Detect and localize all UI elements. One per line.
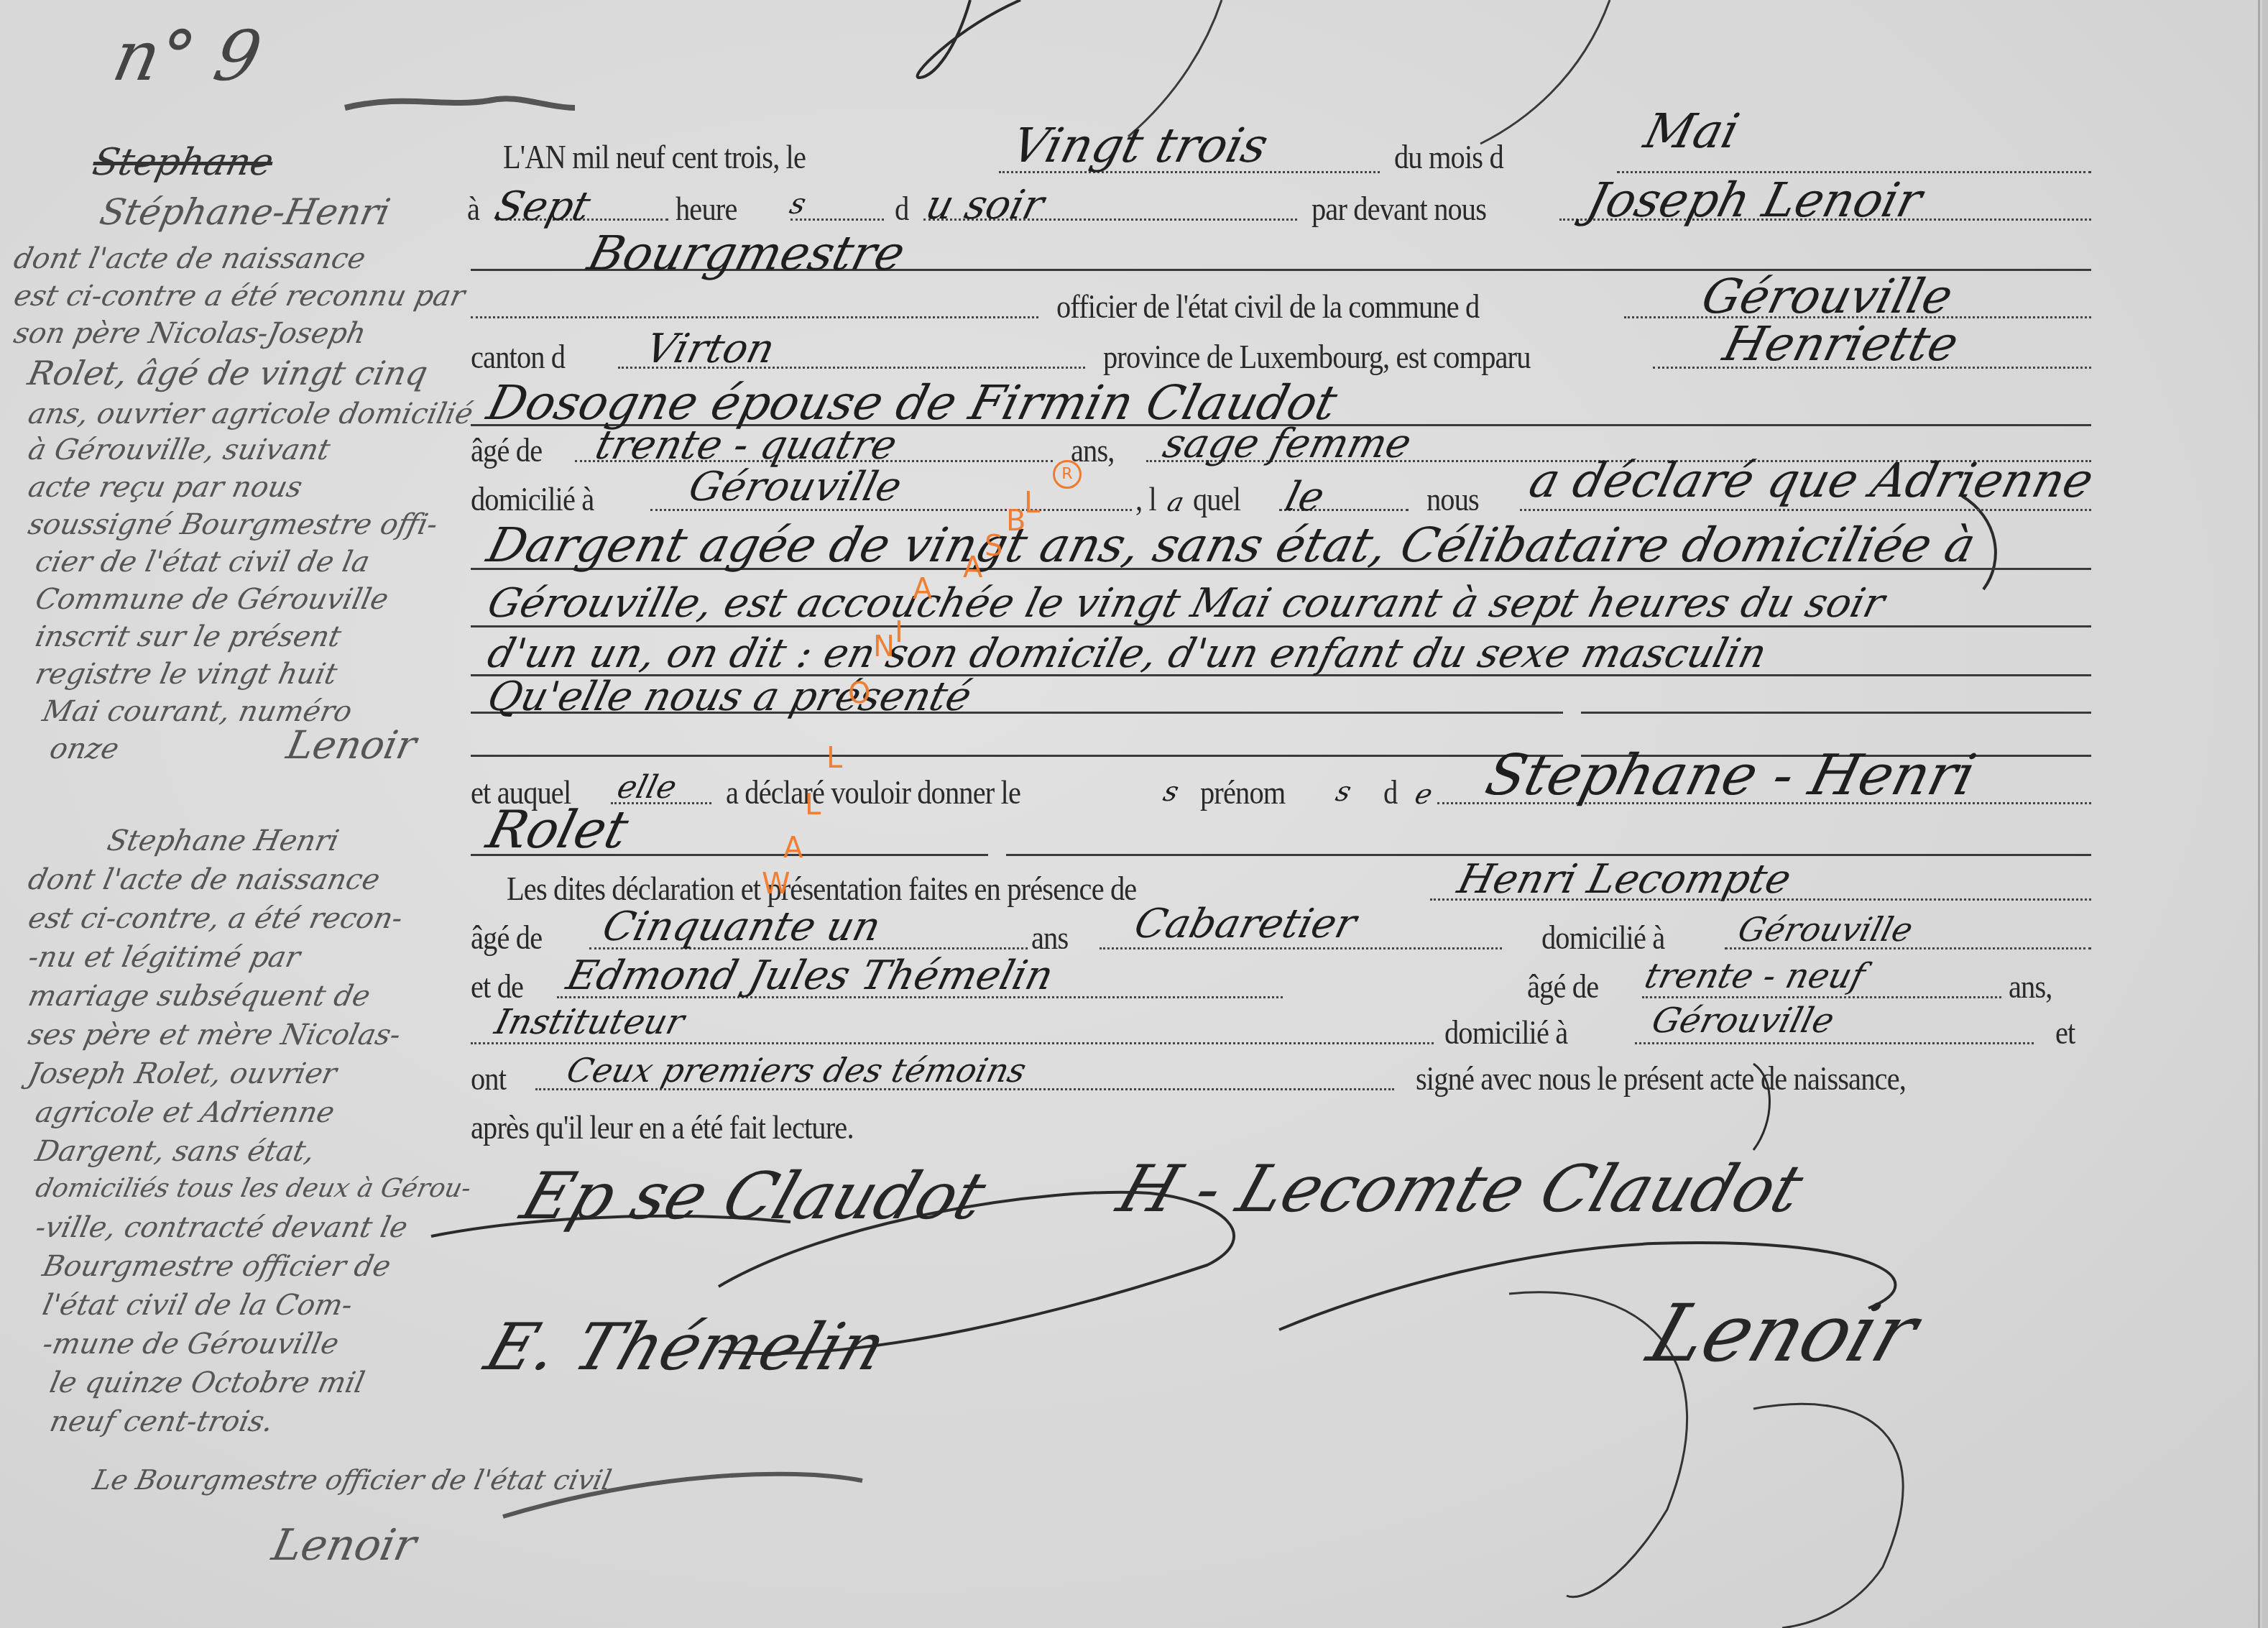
witnesses-lead: Les dites déclaration et présentation fa…	[507, 873, 1136, 906]
signed-lead: ont	[471, 1062, 506, 1095]
statement-start: a déclaré que Adrienne	[1525, 457, 2098, 505]
commune-value: Gérouville	[1697, 273, 1958, 321]
witness2-age-label: âgé de	[1527, 970, 1598, 1003]
declarant-first-name: Henriette	[1719, 321, 1963, 368]
et-label: et	[2055, 1016, 2075, 1049]
declarant-age-label: âgé de	[471, 434, 542, 467]
signature-officer: Lenoir	[1640, 1294, 1927, 1373]
before-label: par devant nous	[1312, 193, 1486, 226]
declarant-occupation: sage femme	[1159, 424, 1415, 464]
witness2-occupation-line	[471, 1042, 1434, 1044]
lequel-fill: a	[1165, 490, 1186, 516]
day-value: Vingt trois	[1008, 122, 1273, 170]
plural-s-2: s	[1333, 778, 1354, 805]
signature-witness1: H - Lecomte Claudot	[1110, 1157, 1810, 1222]
declarant-ans-label: ans,	[1071, 434, 1115, 467]
month-label: du mois d	[1394, 141, 1503, 174]
hour-lead: à	[467, 193, 479, 226]
quel-fill: le	[1281, 477, 1328, 518]
witness2-age-line	[1642, 996, 2001, 998]
margin-note1-signature: Lenoir	[283, 726, 420, 765]
officer-name: Joseph Lenoir	[1582, 177, 1927, 224]
witness2-name: Edmond Jules Thémelin	[563, 956, 1057, 996]
witness1-occupation-line	[1100, 947, 1502, 949]
signed-with-us-label: signé avec nous le présent acte de naiss…	[1416, 1062, 1906, 1095]
hour-value: Sept	[491, 187, 594, 227]
witness2-ans-label: ans,	[2009, 970, 2052, 1003]
birth-certificate-page: n° 9 L'AN mil neuf cent trois, le Vingt …	[0, 0, 2268, 1628]
signers-fill: Ceux premiers des témoins	[563, 1054, 1029, 1087]
margin-note2-signature: Lenoir	[269, 1524, 420, 1567]
witness2-age: trente - neuf	[1641, 959, 1868, 993]
declarant-age: trente - quatre	[591, 426, 900, 466]
d-label: d	[1383, 776, 1397, 809]
registered-mark: R	[1053, 460, 1082, 489]
witness2-occupation: Instituteur	[492, 1005, 688, 1039]
hour-suffix: s	[787, 190, 809, 219]
narrative-line-4b	[1581, 712, 2091, 714]
child-surname: Rolet	[482, 804, 633, 855]
narrative-line-5a	[471, 755, 1563, 757]
declare-label: a déclaré vouloir donner le	[726, 776, 1020, 809]
d-fill: e	[1412, 781, 1435, 808]
declarant-domicile: Gérouville	[685, 467, 905, 507]
plural-s-1: s	[1161, 778, 1181, 805]
facing-page-strip	[2262, 0, 2268, 1628]
prenom-label: prénom	[1200, 776, 1285, 809]
canton-value: Virton	[642, 329, 778, 369]
act-number: n° 9	[108, 22, 267, 91]
page-edge	[2258, 0, 2260, 1628]
margin-struck-name: Stephane	[89, 144, 276, 181]
witness2-lead: et de	[471, 970, 523, 1003]
signature-witness2: E. Thémelin	[478, 1315, 893, 1380]
month-value: Mai	[1640, 108, 1744, 155]
narrative-text-3: d'un un, on dit : en son domicile, d'un …	[484, 634, 1771, 674]
signature-declarant: Ep se Claudot	[514, 1164, 992, 1229]
witness1-age-label: âgé de	[471, 921, 542, 955]
form-lead-year: L'AN mil neuf cent trois, le	[503, 141, 806, 174]
given-names: Stephane - Henri	[1480, 748, 1981, 804]
witness1-ans-label: ans	[1031, 921, 1068, 955]
narrative-text-1: Dargent agée de vingt ans, sans état, Cé…	[483, 522, 1980, 569]
witness1-domicile: Gérouville	[1735, 913, 1916, 946]
officer-of-commune-label: officier de l'état civil de la commune d	[1056, 290, 1479, 323]
quel-label: quel	[1193, 483, 1240, 516]
hour-label: heure	[676, 193, 737, 226]
witness2-domicile: Gérouville	[1649, 1003, 1838, 1038]
narrative-text-2: Gérouville, est accouchée le vingt Mai c…	[484, 584, 1889, 624]
canton-label: canton d	[471, 341, 565, 374]
witness1-domicile-label: domicilié à	[1541, 921, 1664, 955]
witness1-occupation: Cabaretier	[1130, 904, 1360, 944]
officer-title: Bourgmestre	[584, 230, 910, 277]
lequel-label: , l	[1135, 483, 1156, 516]
statement-line	[1520, 509, 2091, 511]
narrative-text-4: Qu'elle nous a présenté	[484, 677, 975, 717]
witness1-name: Henri Lecompte	[1454, 860, 1794, 900]
witness1-age: Cinquante un	[599, 907, 885, 947]
officer-continuation-line	[471, 316, 1038, 318]
hour-suffix-line	[790, 219, 884, 221]
period-label: d	[895, 193, 908, 226]
margin-note2-footer: Le Bourgmestre officier de l'état civil	[91, 1466, 614, 1494]
witness2-domicile-label: domicilié à	[1444, 1016, 1567, 1049]
declarant-domicile-label: domicilié à	[471, 483, 594, 516]
province-label: province de Luxembourg, est comparu	[1103, 341, 1531, 374]
nous-label: nous	[1426, 483, 1479, 516]
witness2-domicile-line	[1635, 1042, 2034, 1044]
period-value: u soir	[922, 185, 1048, 226]
reading-clause: après qu'il leur en a été fait lecture.	[471, 1111, 854, 1144]
